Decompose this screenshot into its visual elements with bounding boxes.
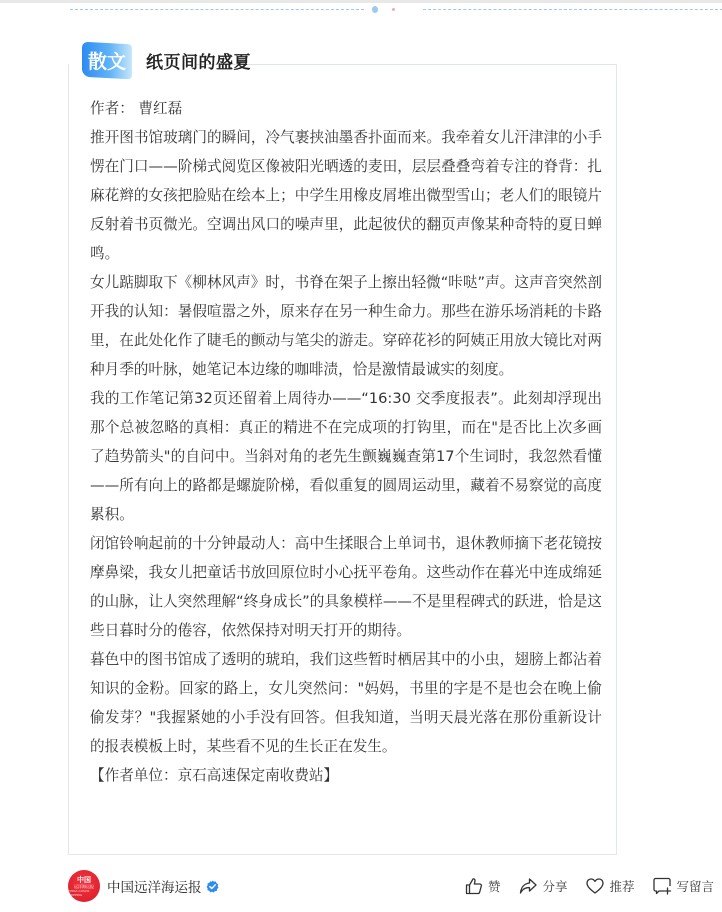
author-line: 作者： 曹红磊	[90, 94, 602, 123]
divider-dash-right	[423, 9, 722, 10]
like-button[interactable]: 赞	[464, 876, 501, 896]
thumbs-up-icon	[464, 876, 484, 896]
article-title: 纸页间的盛夏	[146, 48, 251, 73]
article-footer: 中国 远洋海运报 CHINA COSCO SHIPPING 中国远洋海运报 赞 …	[68, 869, 722, 903]
divider-dash-left	[70, 9, 364, 10]
article-body: 作者： 曹红磊 推开图书馆玻璃门的瞬间，冷气裹挟油墨香扑面而来。我牵着女儿汗津津…	[90, 94, 602, 790]
comment-add-icon	[652, 876, 672, 896]
author-unit: 【作者单位：京石高速保定南收费站】	[90, 761, 602, 790]
action-bar: 赞 分享 推荐 写留言	[464, 869, 714, 903]
divider-dot-blue	[372, 6, 378, 13]
avatar-text-1: 中国	[77, 876, 91, 884]
recommend-button[interactable]: 推荐	[585, 876, 634, 896]
paragraph-5: 暮色中的图书馆成了透明的琥珀，我们这些暂时栖居其中的小虫，翅膀上都沾着知识的金粉…	[90, 645, 602, 761]
source-avatar[interactable]: 中国 远洋海运报 CHINA COSCO SHIPPING	[68, 870, 100, 902]
like-label: 赞	[488, 877, 501, 895]
source-name[interactable]: 中国远洋海运报	[107, 876, 202, 896]
divider-dot-pink	[392, 8, 395, 11]
category-badge: 散文	[82, 41, 132, 79]
paragraph-3: 我的工作笔记第32页还留着上周待办——“16:30 交季度报表”。此刻却浮现出那…	[90, 384, 602, 529]
paragraph-1: 推开图书馆玻璃门的瞬间，冷气裹挟油墨香扑面而来。我牵着女儿汗津津的小手愣在门口—…	[90, 123, 602, 268]
share-label: 分享	[542, 877, 567, 895]
heart-icon	[585, 876, 605, 896]
top-edge-strip	[0, 0, 722, 3]
avatar-text-3: CHINA COSCO SHIPPING	[68, 889, 100, 897]
paragraph-4: 闭馆铃响起前的十分钟最动人：高中生揉眼合上单词书，退休教师摘下老花镜按摩鼻梁，我…	[90, 529, 602, 645]
write-comment-button[interactable]: 写留言	[652, 876, 714, 896]
write-comment-label: 写留言	[676, 877, 714, 895]
article-header: 散文 纸页间的盛夏	[82, 42, 251, 78]
recommend-label: 推荐	[609, 877, 634, 895]
section-divider	[70, 9, 722, 11]
category-badge-label: 散文	[88, 46, 126, 73]
verified-badge-icon	[206, 880, 219, 893]
paragraph-2: 女儿踮脚取下《柳林风声》时，书脊在架子上擦出轻微“咔哒”声。这声音突然剖开我的认…	[90, 268, 602, 384]
share-button[interactable]: 分享	[518, 876, 567, 896]
share-arrow-icon	[518, 876, 538, 896]
